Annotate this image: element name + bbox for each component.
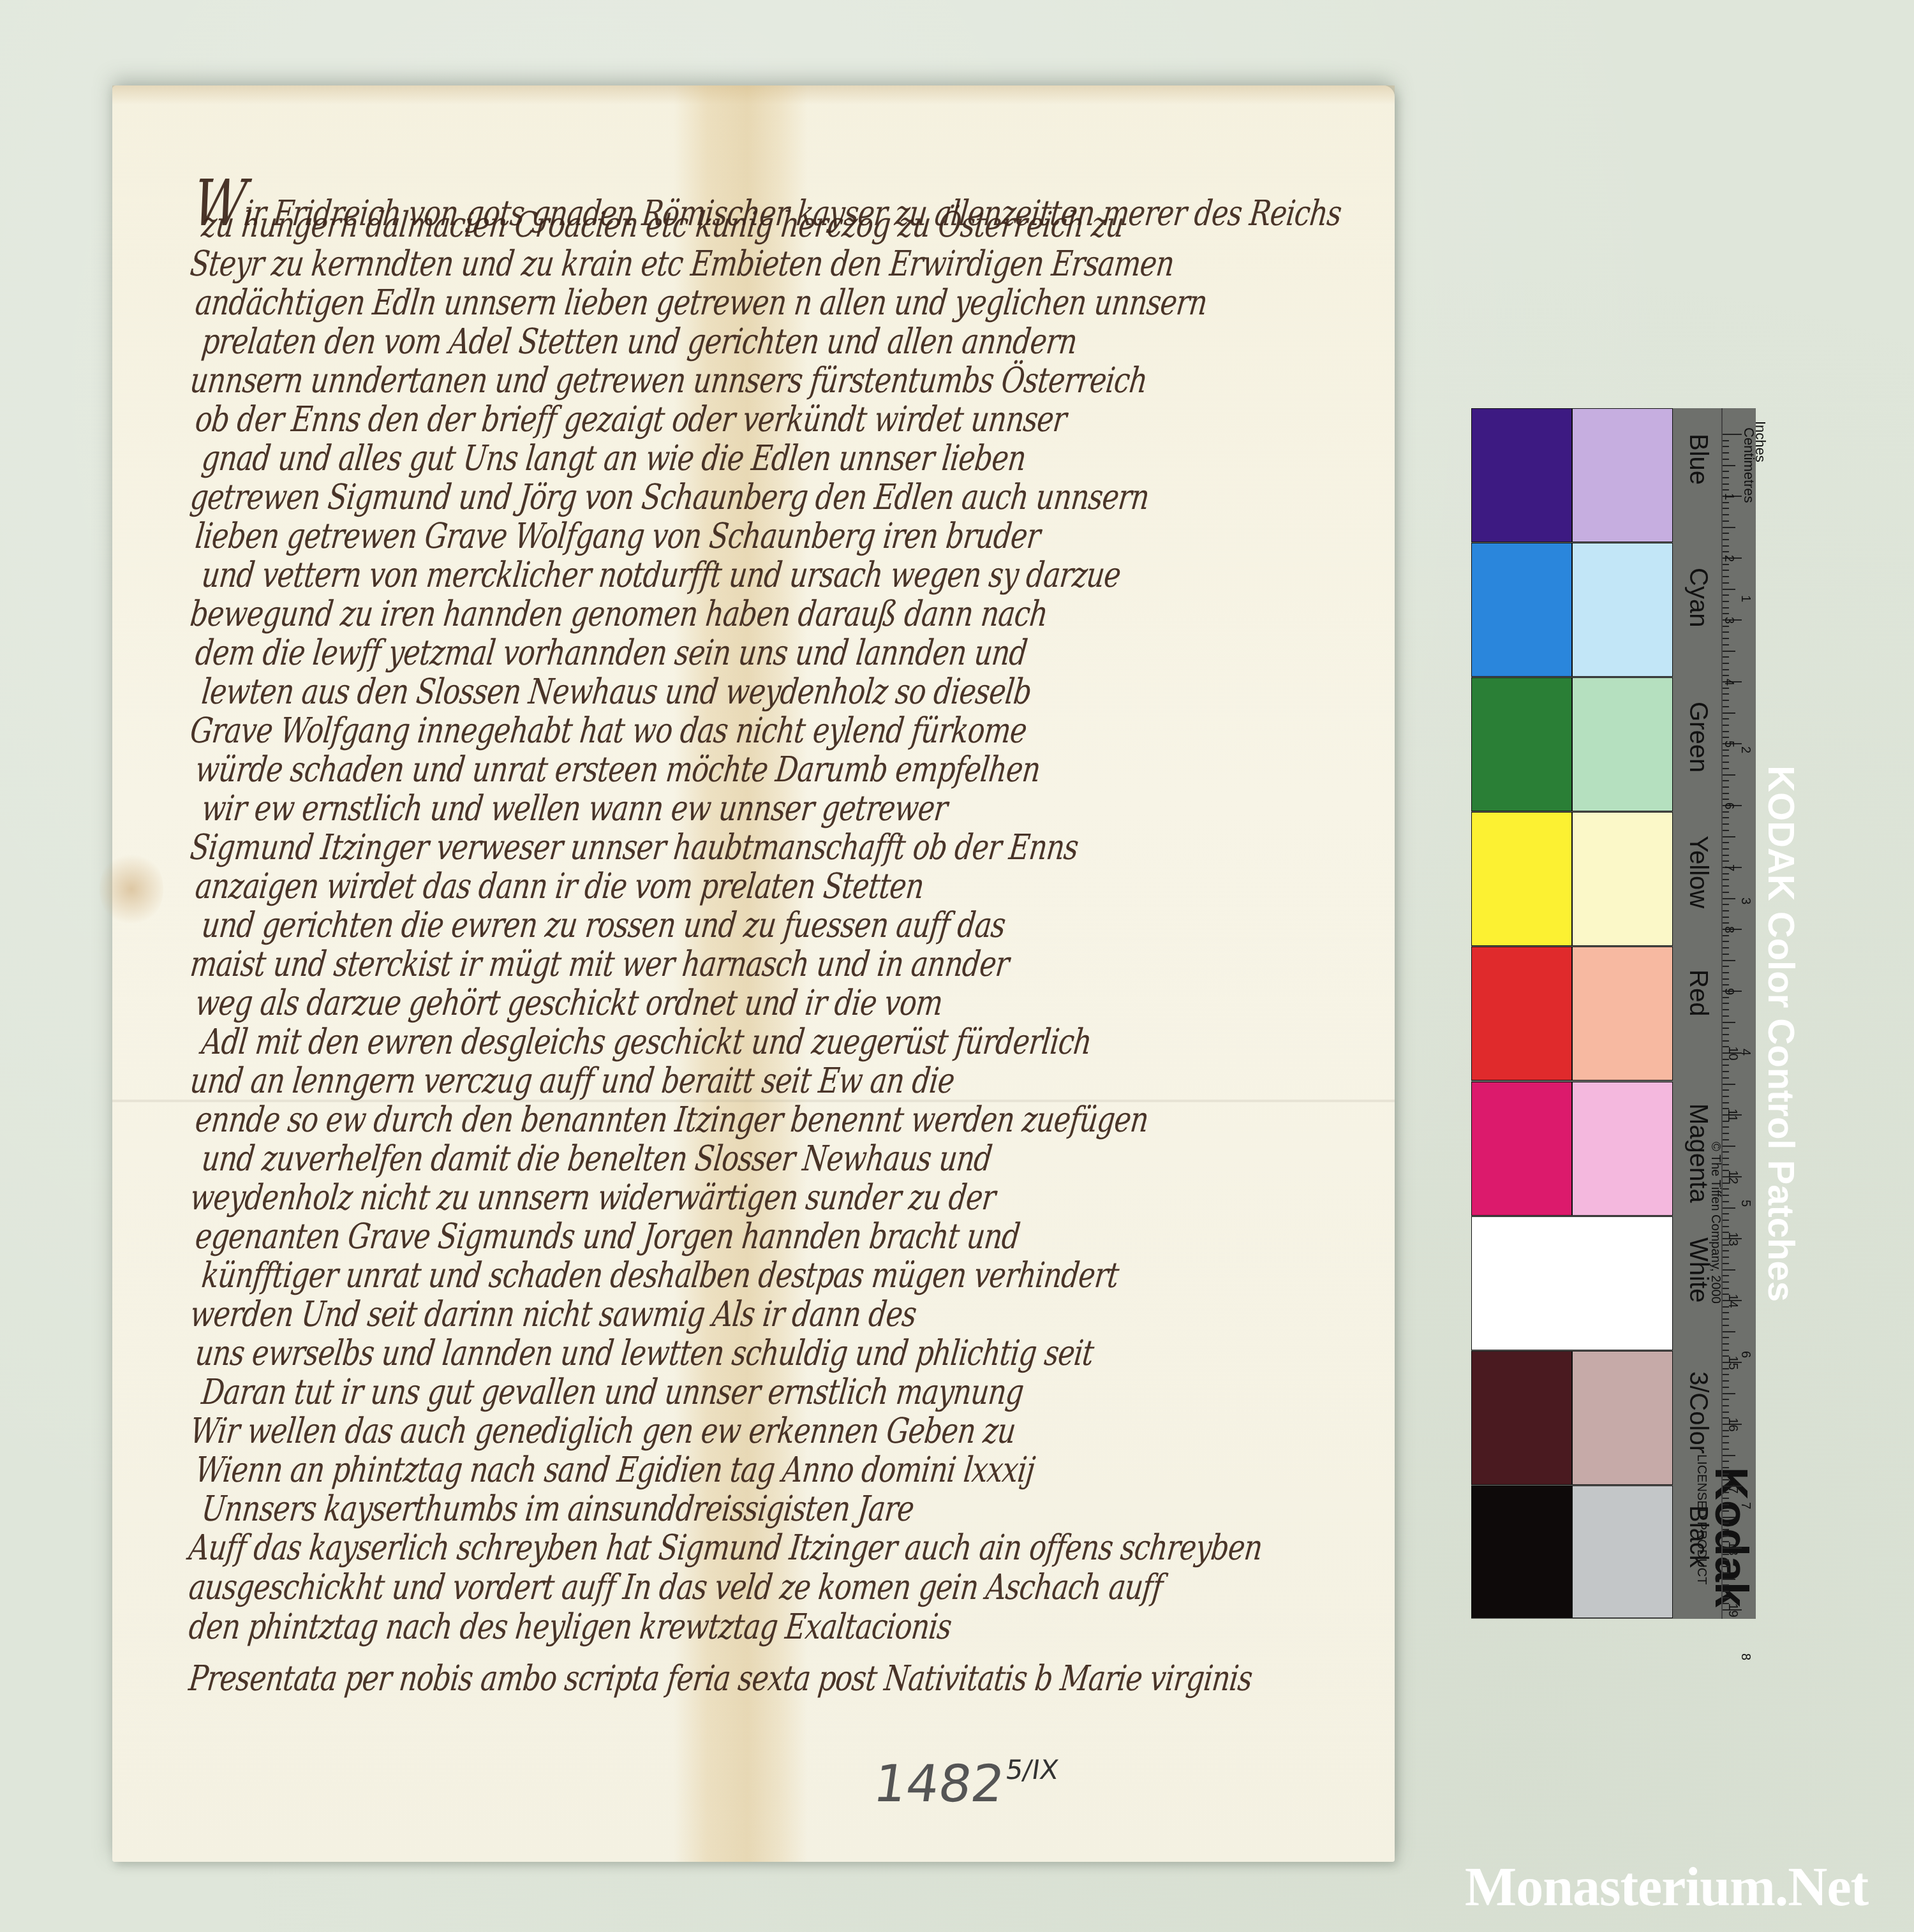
patch-cyan-dark [1471, 543, 1572, 677]
ruler-tick [1723, 570, 1729, 571]
manuscript-line: zu hungern dalmacien Croacien etc kunig … [200, 205, 1126, 246]
ruler-tick [1723, 780, 1729, 781]
ruler-tick [1723, 688, 1729, 689]
ruler-tick [1723, 1158, 1729, 1159]
ruler-tick [1723, 1015, 1729, 1017]
ruler-tick [1723, 483, 1729, 485]
patch-3-color-light [1572, 1351, 1673, 1485]
manuscript-line: werden Und seit darinn nicht sawmig Als … [188, 1294, 918, 1335]
ruler-tick [1723, 1263, 1729, 1264]
cm-number: 13 [1725, 1232, 1740, 1246]
ruler-tick [1723, 1096, 1729, 1097]
ruler-tick [1723, 1436, 1729, 1437]
ruler-tick [1723, 539, 1729, 540]
ruler-tick [1723, 1034, 1729, 1035]
manuscript-line: und zuverhelfen damit die benelten Sloss… [200, 1139, 994, 1179]
ruler-tick [1723, 644, 1729, 645]
ruler-tick [1723, 737, 1729, 738]
ruler-tick [1723, 712, 1735, 714]
manuscript-line: Grave Wolfgang innegehabt hat wo das nic… [188, 711, 1028, 751]
ruler-tick [1723, 1393, 1735, 1394]
patch-label: Yellow [1684, 836, 1712, 908]
ruler-tick [1723, 1040, 1729, 1042]
ruler-tick [1723, 848, 1729, 850]
ruler-tick [1723, 1288, 1729, 1289]
manuscript-line: getrewen Sigmund und Jörg von Schaunberg… [188, 477, 1151, 518]
ruler-tick [1723, 564, 1729, 565]
ruler-tick [1723, 1591, 1729, 1592]
ruler-tick [1723, 978, 1729, 980]
manuscript-line: lieben getrewen Grave Wolfgang von Schau… [193, 516, 1042, 557]
ruler-tick [1723, 1529, 1729, 1530]
patch-green-dark [1471, 677, 1572, 811]
ruler-tick [1723, 1003, 1729, 1004]
ruler-tick [1723, 922, 1729, 924]
ruler-tick [1723, 589, 1735, 590]
ruler-tick [1723, 489, 1729, 490]
ruler-tick [1723, 1151, 1729, 1153]
ruler-tick [1723, 465, 1735, 466]
ruler-tick [1723, 966, 1729, 967]
manuscript-line: und an lenngern verczug auff und beraitt… [188, 1061, 956, 1102]
ruler-tick [1723, 842, 1729, 843]
kodak-color-strip: BlueCyanGreenYellowRedMagentaWhite3/Colo… [1471, 408, 1756, 1619]
ruler-tick [1723, 823, 1729, 825]
ruler-tick [1723, 651, 1735, 652]
manuscript-line: ob der Enns den der brieff gezaigt oder … [193, 399, 1069, 440]
patch-blue-dark [1471, 408, 1572, 542]
ruler-tick [1723, 749, 1729, 751]
manuscript-line: und gerichten die ewren zu rossen und zu… [200, 905, 1007, 946]
ruler-tick [1723, 1077, 1729, 1079]
inch-number: 3 [1738, 897, 1753, 904]
ruler-tick [1723, 452, 1729, 454]
manuscript-line: weg als darzue gehört geschickt ordnet u… [193, 983, 944, 1024]
ruler-tick [1723, 762, 1729, 763]
inch-number: 5 [1738, 1200, 1753, 1207]
ruler-tick [1723, 527, 1735, 528]
ruler-tick [1723, 434, 1742, 435]
ruler-tick [1723, 1455, 1735, 1456]
ruler-tick [1723, 941, 1729, 942]
ruler-tick [1723, 1065, 1729, 1066]
ruler-tick [1723, 935, 1729, 936]
manuscript-line: würde schaden und unrat ersteen möchte D… [193, 749, 1042, 790]
ruler-tick [1723, 1102, 1729, 1103]
patch-white [1471, 1216, 1673, 1350]
ruler-tick [1723, 1028, 1729, 1029]
patch-yellow-light [1572, 812, 1673, 946]
inch-number: 8 [1738, 1653, 1753, 1660]
ruler-tick [1723, 860, 1729, 862]
ruler-tick [1723, 459, 1729, 460]
ruler-tick [1723, 1535, 1729, 1537]
ruler-tick [1723, 626, 1729, 627]
manuscript-line: Wienn an phintztag nach sand Egidien tag… [193, 1450, 1037, 1491]
ruler-tick [1723, 1325, 1729, 1326]
ruler-tick [1723, 1226, 1729, 1227]
manuscript-line: prelaten den vom Adel Stetten und gerich… [200, 321, 1079, 362]
ruler-tick [1723, 1399, 1729, 1400]
ruler-tick [1723, 1517, 1735, 1518]
ruler-tick [1723, 1449, 1729, 1450]
manuscript-line: maist und sterckist ir mügt mit wer harn… [188, 944, 1011, 985]
ruler-tick [1723, 892, 1729, 893]
ruler-tick [1723, 947, 1729, 948]
manuscript-line: Wir wellen das auch genediglich gen ew e… [188, 1411, 1018, 1452]
patch-green-light [1572, 677, 1673, 811]
ruler-tick [1723, 551, 1729, 552]
patch-black-dark [1471, 1486, 1572, 1618]
ruler-tick [1723, 656, 1729, 658]
postscript-line: ausgeschickht und vordert auff In das ve… [187, 1567, 1164, 1608]
ruler-tick [1723, 1337, 1729, 1338]
pencil-day-month: 5/IX [1004, 1754, 1060, 1785]
ruler-tick [1723, 663, 1729, 664]
patch-magenta-dark [1471, 1082, 1572, 1216]
manuscript-line: Unnsers kayserthumbs im ainsunddreissigi… [200, 1489, 916, 1530]
ruler-tick [1723, 693, 1729, 695]
ruler-tick [1723, 1350, 1729, 1351]
chancery-note-line: Presentata per nobis ambo scripta feria … [187, 1658, 1254, 1699]
ruler-tick [1723, 1566, 1729, 1567]
ruler-tick [1723, 706, 1729, 707]
ruler-tick [1723, 1213, 1729, 1214]
ruler-tick [1723, 898, 1735, 899]
ruler-tick [1723, 1343, 1729, 1345]
ruler-tick [1723, 836, 1735, 837]
ruler-tick [1723, 1380, 1729, 1382]
ruler-tick [1723, 638, 1729, 639]
manuscript-line: gnad und alles gut Uns langt an wie die … [200, 438, 1028, 479]
manuscript-line: künfftiger unrat und schaden deshalben d… [200, 1255, 1120, 1296]
ruler-tick [1723, 1442, 1729, 1443]
patch-label: 3/Color [1684, 1371, 1712, 1454]
manuscript-line: unnsern unndertanen und getrewen unnsers… [188, 360, 1149, 401]
ruler-tick [1723, 1250, 1729, 1251]
inch-number: 6 [1738, 1351, 1753, 1358]
ruler-tick [1723, 545, 1729, 547]
ruler-tick [1723, 1207, 1735, 1209]
archival-date: 14825/IX [870, 1754, 1060, 1813]
ruler-tick [1723, 1201, 1729, 1202]
cm-number: 5 [1721, 741, 1736, 748]
ruler-tick [1723, 879, 1729, 880]
cm-number: 19 [1725, 1603, 1740, 1617]
ruler-tick [1723, 440, 1729, 441]
ruler-tick [1723, 594, 1729, 596]
patch-cyan-light [1572, 543, 1673, 677]
manuscript-line: uns ewrselbs und lannden und lewtten sch… [193, 1333, 1095, 1374]
ruler-tick [1723, 1510, 1729, 1512]
ruler-tick [1723, 1467, 1729, 1468]
ruler-tick [1723, 972, 1729, 973]
patch-label: Green [1684, 702, 1712, 772]
manuscript-line: lewten aus den Slossen Newhaus und weyde… [200, 672, 1034, 712]
ruler-tick [1723, 793, 1729, 794]
ruler-tick [1723, 1084, 1735, 1085]
ruler-tick [1723, 873, 1729, 874]
ruler-tick [1723, 817, 1729, 818]
patch-label: Blue [1684, 434, 1712, 485]
ruler-tick [1723, 576, 1729, 577]
color-patches [1471, 408, 1673, 1619]
ruler-tick [1723, 675, 1729, 676]
ruler-tick [1723, 910, 1729, 911]
inch-number: 2 [1738, 746, 1753, 753]
ruler-tick [1723, 607, 1729, 608]
ruler-tick [1723, 960, 1735, 961]
ruler-tick [1723, 1312, 1729, 1313]
inch-number: 4 [1738, 1049, 1753, 1056]
patch-black-light [1572, 1486, 1673, 1618]
manuscript-line: ennde so ew durch den benannten Itzinger… [193, 1100, 1150, 1140]
ruler-tick [1723, 1572, 1729, 1574]
ruler-tick [1723, 917, 1729, 918]
ruler-tick [1723, 1461, 1729, 1462]
ruler-tick [1723, 1597, 1729, 1598]
manuscript-line: Sigmund Itzinger verweser unnser haubtma… [188, 827, 1080, 868]
ruler-tick [1723, 669, 1729, 670]
ruler-tick [1723, 533, 1729, 534]
pencil-year: 1482 [870, 1754, 1008, 1813]
ruler-tick [1723, 1405, 1729, 1406]
ruler-tick [1723, 774, 1735, 776]
cm-number: 6 [1721, 802, 1736, 809]
ruler-tick [1723, 1504, 1729, 1505]
ruler-tick [1723, 1281, 1729, 1283]
ruler-tick [1723, 997, 1729, 998]
manuscript-line: egenanten Grave Sigmunds und Jorgen hann… [193, 1216, 1021, 1257]
manuscript-line: anzaigen wirdet das dann ir die vom prel… [193, 866, 926, 907]
ruler-tick [1723, 1195, 1729, 1196]
ruler-tick [1723, 471, 1729, 472]
ruler-tick [1723, 830, 1729, 831]
manuscript-line: wir ew ernstlich und wellen wann ew unns… [200, 788, 949, 829]
ruler: 1234567891011121314151617181912345678 [1721, 408, 1757, 1619]
ruler-tick [1723, 1009, 1729, 1010]
ruler-tick [1723, 613, 1729, 614]
ruler-tick [1723, 731, 1729, 732]
patch-red-dark [1471, 947, 1572, 1080]
strip-title: KODAK Color Control Patches [1760, 765, 1802, 1302]
cm-number: 4 [1721, 679, 1736, 686]
ruler-tick [1723, 1269, 1735, 1271]
ruler-tick [1723, 811, 1729, 813]
cm-number: 11 [1725, 1109, 1739, 1122]
licensed-product: LICENSED PRODUCT [1694, 1454, 1709, 1584]
cm-number: 12 [1725, 1170, 1740, 1184]
ruler-tick [1723, 718, 1729, 719]
manuscript-line: dem die lewff yetzmal vorhannden sein un… [193, 633, 1029, 674]
ruler-tick [1723, 700, 1729, 701]
patch-magenta-light [1572, 1082, 1673, 1216]
ruler-tick [1723, 1523, 1729, 1524]
ruler-tick [1723, 904, 1729, 905]
patch-label: Red [1684, 970, 1712, 1016]
ruler-tick [1723, 954, 1729, 955]
manuscript-line: Daran tut ir uns gut gevallen und unnser… [200, 1372, 1026, 1413]
ruler-tick [1723, 631, 1729, 633]
ruler-tick [1723, 508, 1729, 509]
ruler-tick [1723, 1584, 1729, 1586]
ruler-tick [1723, 1579, 1735, 1580]
ruler-tick [1723, 1220, 1729, 1221]
cm-number: 9 [1721, 988, 1736, 995]
ruler-tick [1723, 768, 1729, 769]
manuscript-line: bewegund zu iren hannden genomen haben d… [188, 594, 1050, 635]
patch-label: Cyan [1684, 568, 1712, 627]
ruler-tick [1723, 799, 1729, 800]
postscript-line: den phintztag nach des heyligen krewtzta… [187, 1607, 953, 1648]
ruler-tick [1723, 1146, 1735, 1147]
cm-number: 14 [1725, 1294, 1740, 1308]
ruler-tick [1723, 502, 1729, 503]
ruler-tick [1723, 1473, 1729, 1475]
ruler-tick [1723, 1126, 1729, 1128]
cm-number: 16 [1725, 1417, 1740, 1431]
ruler-tick [1723, 1164, 1729, 1165]
ruler-tick [1723, 1071, 1729, 1072]
ruler-tick [1723, 520, 1729, 522]
ruler-tick [1723, 514, 1729, 515]
patch-3-color-dark [1471, 1351, 1572, 1485]
ruler-tick [1723, 1374, 1729, 1375]
inch-number: 7 [1738, 1502, 1753, 1509]
postscript-line: Auff das kayserlich schreyben hat Sigmun… [187, 1528, 1265, 1568]
patch-red-light [1572, 947, 1673, 1080]
ruler-tick [1723, 755, 1729, 756]
manuscript-line: und vettern von mercklicher notdurfft un… [200, 555, 1123, 596]
edge-stain [100, 851, 163, 927]
ruler-tick [1723, 855, 1729, 856]
ruler-tick [1723, 601, 1729, 602]
ruler-tick [1723, 446, 1729, 447]
ruler-tick [1723, 1133, 1729, 1134]
ruler-tick [1723, 1022, 1735, 1023]
ruler-tick [1723, 1318, 1729, 1320]
ruler-tick [1723, 1331, 1735, 1332]
ruler-tick [1723, 1257, 1729, 1258]
patch-blue-light [1572, 408, 1673, 542]
ruler-tick [1723, 582, 1729, 584]
patch-yellow-dark [1471, 812, 1572, 946]
ruler-tick [1723, 1412, 1729, 1413]
ruler-tick [1723, 725, 1729, 726]
ruler-tick [1723, 1560, 1729, 1561]
ruler-tick [1723, 1139, 1729, 1140]
cm-number: 1 [1721, 493, 1736, 500]
cm-number: 7 [1721, 864, 1736, 871]
ruler-tick [1723, 786, 1729, 788]
manuscript-line: Adl mit den ewren desgleichs geschickt u… [200, 1022, 1094, 1063]
manuscript-line: Steyr zu kernndten und zu krain etc Embi… [188, 244, 1176, 284]
cm-number: 17 [1725, 1479, 1740, 1493]
manuscript-line: weydenholz nicht zu unnsern widerwärtige… [188, 1177, 997, 1218]
ruler-tick [1723, 1387, 1729, 1388]
ruler-tick [1723, 1498, 1729, 1499]
ruler-tick [1723, 1188, 1729, 1190]
ruler-tick [1723, 1089, 1729, 1091]
watermark: Monasterium.Net [1465, 1855, 1868, 1919]
strip-copyright: © The Tiffen Company, 2000 [1708, 1142, 1723, 1304]
ruler-tick [1723, 1275, 1729, 1276]
ruler-tick [1723, 984, 1729, 985]
inch-number: 1 [1738, 595, 1753, 602]
manuscript-line: andächtigen Edln unnsern lieben getrewen… [193, 283, 1209, 323]
ruler-tick [1723, 885, 1729, 887]
cm-number: 2 [1721, 555, 1736, 562]
ruler-tick [1723, 477, 1729, 478]
cm-number: 8 [1721, 926, 1736, 933]
cm-number: 3 [1721, 617, 1736, 624]
cm-number: 18 [1725, 1541, 1740, 1555]
